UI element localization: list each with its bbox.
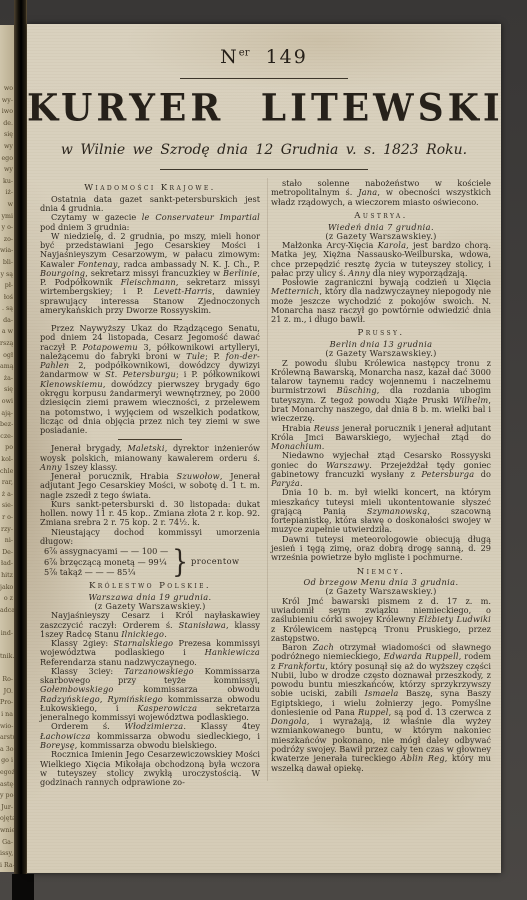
margin-text-fragment: wy- — [0, 95, 14, 107]
margin-text-fragment: wy — [0, 164, 14, 176]
brace-table-row: 6⅞ brzęczącą monetą — 99¼ — [44, 557, 168, 567]
masthead-rule-top — [180, 78, 348, 79]
section-heading: Wiadomości Krajowe. — [40, 184, 260, 194]
para: Ostatnia data gazet sankt-petersburskich… — [40, 195, 260, 214]
margin-text-fragment: egoż — [0, 767, 14, 779]
brace-table-label: procentow — [191, 557, 240, 566]
margin-text-fragment — [0, 616, 14, 628]
margin-text-fragment — [0, 640, 14, 652]
binding-gutter — [14, 0, 27, 900]
margin-text-fragment: kol- — [0, 454, 14, 466]
margin-text-fragment: ind- — [0, 628, 14, 640]
newspaper-page: Ner 149 KURYER LITEWSKI w Wilnie we Szro… — [27, 24, 501, 873]
margin-text-fragment: ogł — [0, 350, 14, 362]
section-heading: Królestwo Polskie. — [40, 582, 260, 592]
margin-text-fragment: hitz — [0, 570, 14, 582]
margin-text-fragment: iż- — [0, 187, 14, 199]
margin-text-fragment: po — [0, 442, 14, 454]
para: Król Jmć bawarski pismem z d. 17 z. m. u… — [271, 597, 491, 643]
para: Posłowie zagraniczni bywają codzień u Xi… — [271, 278, 491, 324]
para: Jenerał porucznik, Hrabia Szuwołow, Jene… — [40, 472, 260, 500]
margin-text-fragment — [0, 663, 14, 675]
margin-text-fragment: cze- — [0, 431, 14, 443]
para: Kurs sankt-petersburski d. 30 listopada:… — [40, 500, 260, 528]
margin-text-fragment: issy, — [0, 848, 14, 860]
para: Dawni tuteysi meteorologowie obiecują dł… — [271, 535, 491, 563]
para: Rocznica Imienin Jego Cesarzewiczowskiey… — [40, 750, 260, 787]
brace-table-lead: Nieustający dochod kommissyi umorzenia d… — [40, 528, 260, 547]
paper-title: KURYER LITEWSKI — [27, 86, 501, 130]
margin-text-fragment: a w — [0, 326, 14, 338]
margin-text-fragment: ojętą, — [0, 813, 14, 825]
margin-text-fragment: wia- — [0, 245, 14, 257]
margin-text-fragment: ża- — [0, 373, 14, 385]
margin-text-fragment: się — [0, 129, 14, 141]
section-heading: Niemcy. — [271, 568, 491, 578]
margin-text-fragment: i Ra- — [0, 860, 14, 872]
brace-table-rows: 6⅞ assygnacyami — — 100 —6⅞ brzęczącą mo… — [44, 546, 168, 577]
section-heading: Austrya. — [271, 212, 491, 222]
para: Baron Zach otrzymał wiadomości od sławne… — [271, 643, 491, 773]
margin-text-fragment: ymi — [0, 211, 14, 223]
neighbor-page-edge: wowy-iwode.sięwyegowyku-iż-wymiy o-zo-wi… — [0, 25, 14, 872]
para: Klassy 2giey: Starnalskiego Prezesa komm… — [40, 639, 260, 667]
margin-text-fragment: Ga- — [0, 837, 14, 849]
rule — [118, 319, 182, 320]
margin-text-fragment: ego — [0, 153, 14, 165]
margin-text-fragment: r o- — [0, 512, 14, 524]
margin-text-fragment: jako — [0, 582, 14, 594]
margin-text-fragment: ku- — [0, 176, 14, 188]
brace-table: Nieustający dochod kommissyi umorzenia d… — [40, 528, 260, 577]
para: Niedawno wyjechał ztąd Cesarsko Rossyysk… — [271, 451, 491, 488]
margin-text-fragment: chle — [0, 466, 14, 478]
margin-text-fragment: o z — [0, 593, 14, 605]
margin-text-fragment: wy — [0, 141, 14, 153]
margin-text-fragment: Pro- — [0, 697, 14, 709]
brace-table-row: 6⅞ assygnacyami — — 100 — — [44, 546, 168, 556]
masthead-dateline: w Wilnie we Szrodę dnia 12 Grudnia v. s.… — [27, 142, 501, 158]
margin-text-fragment: się — [0, 384, 14, 396]
margin-text-fragment: sie- — [0, 500, 14, 512]
text-columns: Wiadomości Krajowe.Ostatnia data gazet s… — [27, 170, 501, 787]
margin-text-fragment: tnik. — [0, 651, 14, 663]
issue-number-value: 149 — [266, 46, 308, 68]
margin-text-fragment: ż a- — [0, 489, 14, 501]
margin-text-fragment: y są — [0, 269, 14, 281]
margin-text-fragment: Jur- — [0, 802, 14, 814]
margin-text-fragment: ają- — [0, 408, 14, 420]
margin-text-fragment: JO. — [0, 686, 14, 698]
margin-text-fragment: owi — [0, 396, 14, 408]
brace-table-body: 6⅞ assygnacyami — — 100 —6⅞ brzęczącą mo… — [40, 546, 260, 577]
margin-text-fragment: da- — [0, 315, 14, 327]
margin-text-fragment: iwo — [0, 106, 14, 118]
para: W niedzielę, d. 2 grudnia, po mszy, miel… — [40, 232, 260, 315]
margin-text-fragment: ład- — [0, 558, 14, 570]
margin-text-fragment: wio- — [0, 721, 14, 733]
margin-text-fragment: a 3o — [0, 744, 14, 756]
margin-text-fragment: de. — [0, 118, 14, 130]
margin-text-fragment: amą — [0, 361, 14, 373]
margin-text-fragment: rar, — [0, 477, 14, 489]
margin-text-fragment: w — [0, 199, 14, 211]
para: Klassy 3ciey: Tarzanowskiego Kommissarza… — [40, 667, 260, 723]
issue-number-superscript: er — [239, 48, 250, 59]
margin-text-fragment: rszą — [0, 338, 14, 350]
margin-text-fragment: wnie — [0, 825, 14, 837]
issue-number: Ner 149 — [27, 46, 501, 68]
para: Hrabia Reuss jenerał porucznik i jenerał… — [271, 424, 491, 452]
section-heading: Prussy. — [271, 329, 491, 339]
margin-text-fragment: . są — [0, 303, 14, 315]
margin-text-fragment: wo — [0, 83, 14, 95]
margin-text-fragment: y o- — [0, 222, 14, 234]
margin-text-fragment: astę- — [0, 779, 14, 791]
margin-text-fragment: bez- — [0, 419, 14, 431]
margin-text-fragment: rzy- — [0, 524, 14, 536]
brace-table-row: 5⅞ takąż — — — 85¼ — [44, 567, 168, 577]
margin-text-fragment: y po- — [0, 790, 14, 802]
left-column: Wiadomości Krajowe.Ostatnia data gazet s… — [40, 179, 260, 787]
margin-text-fragment: i na — [0, 709, 14, 721]
margin-text-fragment: pł- — [0, 280, 14, 292]
margin-text-fragment: Ro- — [0, 674, 14, 686]
margin-text-fragment: łoś — [0, 292, 14, 304]
masthead: Ner 149 KURYER LITEWSKI w Wilnie we Szro… — [27, 24, 501, 170]
newspaper-scan: wowy-iwode.sięwyegowyku-iż-wymiy o-zo-wi… — [0, 0, 527, 900]
margin-text-fragment: go i — [0, 755, 14, 767]
para: stało solenne nabożeństwo w kościele met… — [271, 179, 491, 207]
margin-text-fragment: zo- — [0, 234, 14, 246]
right-column: stało solenne nabożeństwo w kościele met… — [271, 179, 491, 787]
margin-text-fragment: adca — [0, 605, 14, 617]
para: Małżonka Arcy-Xięcia Karola, jest bardzo… — [271, 241, 491, 278]
para: Dnia 10 b. m. był wielki koncert, na któ… — [271, 488, 491, 534]
margin-text-fragment: bli- — [0, 257, 14, 269]
margin-text-fragment: ni- — [0, 535, 14, 547]
para: Orderem ś. Włodzimierza. Klassy 4tey Łac… — [40, 722, 260, 750]
binding-gutter-shadow — [12, 874, 34, 900]
para: Nayjaśnieyszy Cesarz i Król nayłaskawiey… — [40, 611, 260, 639]
margin-text-fragment: arstu — [0, 732, 14, 744]
brace-glyph: } — [172, 544, 188, 579]
margin-text-fragment: De- — [0, 547, 14, 559]
para: Przez Naywyższy Ukaz do Rządzącego Senat… — [40, 324, 260, 435]
para: Czytamy w gazecie le Conservateur Impart… — [40, 213, 260, 232]
rule — [118, 439, 182, 440]
para: Z powodu ślubu Królewica następcy tronu … — [271, 359, 491, 424]
para: Jenerał brygady, Maletski, dyrektor inże… — [40, 444, 260, 472]
